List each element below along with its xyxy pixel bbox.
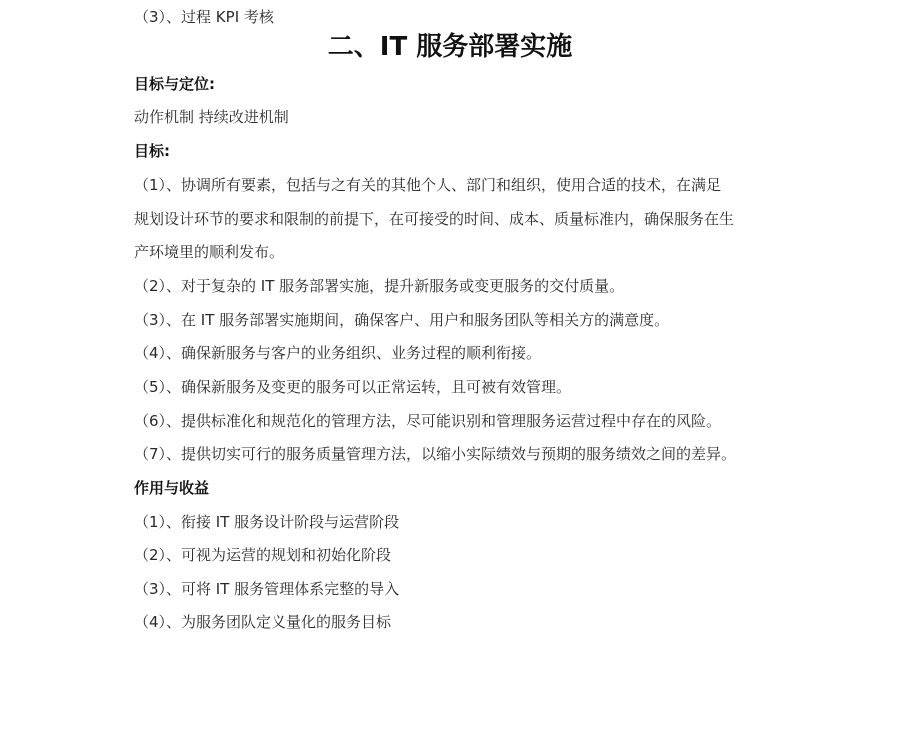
goal-item: （6）、提供标准化和规范化的管理方法，尽可能识别和管理服务运营过程中存在的风险。 [134,411,721,431]
goal-item: 规划设计环节的要求和限制的前提下，在可接受的时间、成本、质量标准内，确保服务在生 [134,209,734,229]
section-title: 二、IT 服务部署实施 [134,30,766,64]
benefit-item: （1）、衔接 IT 服务设计阶段与运营阶段 [134,512,399,532]
benefits-label: 作用与收益 [134,478,209,498]
benefit-item: （4）、为服务团队定义量化的服务目标 [134,612,391,632]
kpi-line: （3）、过程 KPI 考核 [134,7,274,27]
goal-item: 产环境里的顺利发布。 [134,242,284,262]
goals-label: 目标: [134,141,170,161]
goal-item: （1）、协调所有要素，包括与之有关的其他个人、部门和组织，使用合适的技术，在满足 [134,175,721,195]
benefit-item: （2）、可视为运营的规划和初始化阶段 [134,545,391,565]
goal-item: （7）、提供切实可行的服务质量管理方法，以缩小实际绩效与预期的服务绩效之间的差异… [134,444,736,464]
goal-item: （3）、在 IT 服务部署实施期间，确保客户、用户和服务团队等相关方的满意度。 [134,310,669,330]
goal-item: （2）、对于复杂的 IT 服务部署实施，提升新服务或变更服务的交付质量。 [134,276,624,296]
goal-item: （5）、确保新服务及变更的服务可以正常运转，且可被有效管理。 [134,377,571,397]
goal-positioning-label: 目标与定位: [134,74,215,94]
goal-positioning-text: 动作机制 持续改进机制 [134,107,289,127]
benefit-item: （3）、可将 IT 服务管理体系完整的导入 [134,579,399,599]
goal-item: （4）、确保新服务与客户的业务组织、业务过程的顺利衔接。 [134,343,541,363]
